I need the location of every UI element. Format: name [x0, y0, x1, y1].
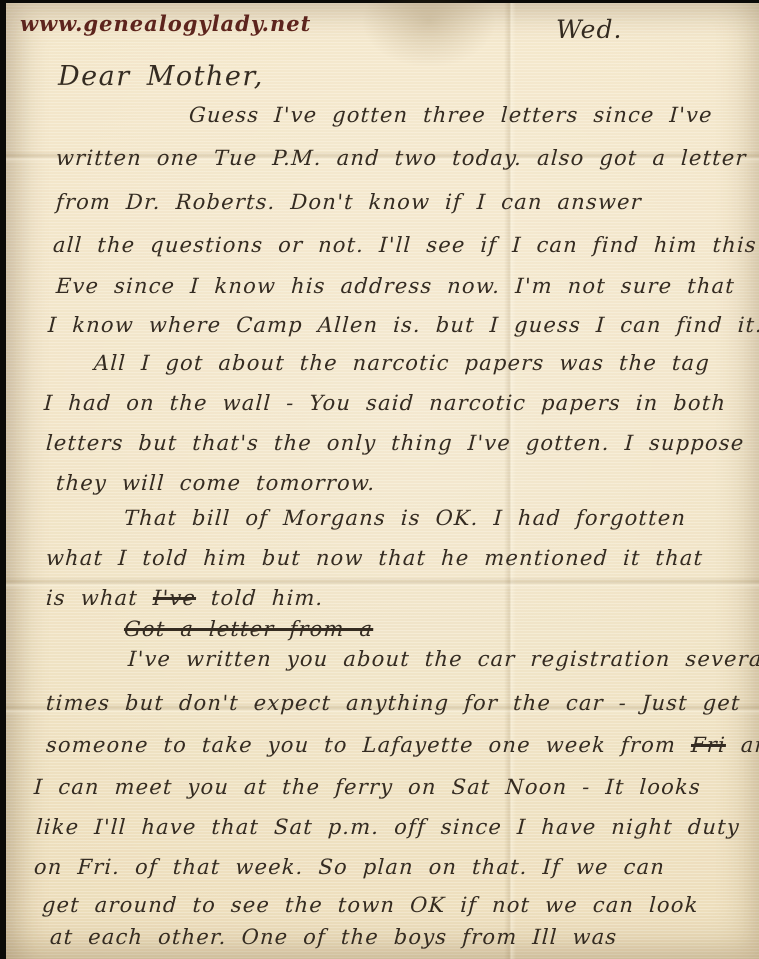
watermark-text: www.genealogylady.net	[20, 11, 311, 36]
handwritten-line: like I'll have that Sat p.m. off since I…	[35, 815, 740, 839]
handwritten-line: Guess I've gotten three letters since I'…	[188, 103, 713, 127]
line-text: at each other. One of the boys from Ill …	[49, 925, 618, 949]
line-text: I had on the wall - You said narcotic pa…	[43, 391, 726, 415]
handwritten-line: someone to take you to Lafayette one wee…	[45, 733, 759, 757]
handwritten-line: from Dr. Roberts. Don't know if I can an…	[55, 190, 642, 214]
struck-text: Fri	[690, 733, 726, 757]
handwritten-line: letters but that's the only thing I've g…	[45, 431, 745, 455]
handwritten-line: at each other. One of the boys from Ill …	[49, 925, 618, 949]
line-text: times but don't expect anything for the …	[45, 691, 741, 715]
letter-date: Wed.	[556, 15, 622, 44]
handwritten-line: Eve since I know his address now. I'm no…	[55, 274, 735, 298]
line-text: written one Tue P.M. and two today. also…	[55, 146, 747, 170]
line-text: is what	[45, 586, 153, 610]
paper-wrinkle	[349, 0, 509, 117]
line-text: all the questions or not. I'll see if I …	[52, 233, 757, 257]
line-text: I know where Camp Allen is. but I guess …	[47, 313, 759, 337]
line-text: Guess I've gotten three letters since I'…	[188, 103, 713, 127]
handwritten-line: is what I've told him.	[45, 586, 324, 610]
handwritten-line: they will come tomorrow.	[55, 471, 376, 495]
handwritten-line: I had on the wall - You said narcotic pa…	[43, 391, 726, 415]
line-text: That bill of Morgans is OK. I had forgot…	[123, 506, 686, 530]
handwritten-line: on Fri. of that week. So plan on that. I…	[33, 855, 665, 879]
line-text: from Dr. Roberts. Don't know if I can an…	[55, 190, 642, 214]
handwritten-line: times but don't expect anything for the …	[45, 691, 741, 715]
handwritten-line: I can meet you at the ferry on Sat Noon …	[33, 775, 701, 799]
line-text: what I told him but now that he mentione…	[45, 546, 704, 570]
struck-text: I've	[152, 586, 196, 610]
handwritten-line: Got a letter from a	[123, 617, 374, 641]
line-text: letters but that's the only thing I've g…	[45, 431, 745, 455]
line-text: they will come tomorrow.	[55, 471, 376, 495]
handwritten-line: what I told him but now that he mentione…	[45, 546, 704, 570]
scanner-background: www.genealogylady.net Wed. Dear Mother, …	[0, 0, 759, 959]
handwritten-line: get around to see the town OK if not we …	[41, 893, 699, 917]
handwritten-line: written one Tue P.M. and two today. also…	[55, 146, 747, 170]
handwritten-line: all the questions or not. I'll see if I …	[52, 233, 757, 257]
line-text: All I got about the narcotic papers was …	[93, 351, 710, 375]
letter-paper: www.genealogylady.net Wed. Dear Mother, …	[6, 3, 759, 959]
letter-salutation: Dear Mother,	[58, 61, 264, 92]
line-text: told him.	[195, 586, 324, 610]
line-text: I can meet you at the ferry on Sat Noon …	[33, 775, 701, 799]
line-text: like I'll have that Sat p.m. off since I…	[35, 815, 740, 839]
struck-text: Got a letter from a	[123, 617, 374, 641]
line-text: on Fri. of that week. So plan on that. I…	[33, 855, 665, 879]
handwritten-line: That bill of Morgans is OK. I had forgot…	[123, 506, 686, 530]
line-text: I've written you about the car registrat…	[127, 647, 759, 671]
line-text: Eve since I know his address now. I'm no…	[55, 274, 735, 298]
line-text: and	[725, 733, 759, 757]
line-text: someone to take you to Lafayette one wee…	[45, 733, 691, 757]
handwritten-line: All I got about the narcotic papers was …	[93, 351, 710, 375]
line-text: get around to see the town OK if not we …	[41, 893, 699, 917]
handwritten-line: I know where Camp Allen is. but I guess …	[47, 313, 759, 337]
handwritten-line: I've written you about the car registrat…	[127, 647, 759, 671]
